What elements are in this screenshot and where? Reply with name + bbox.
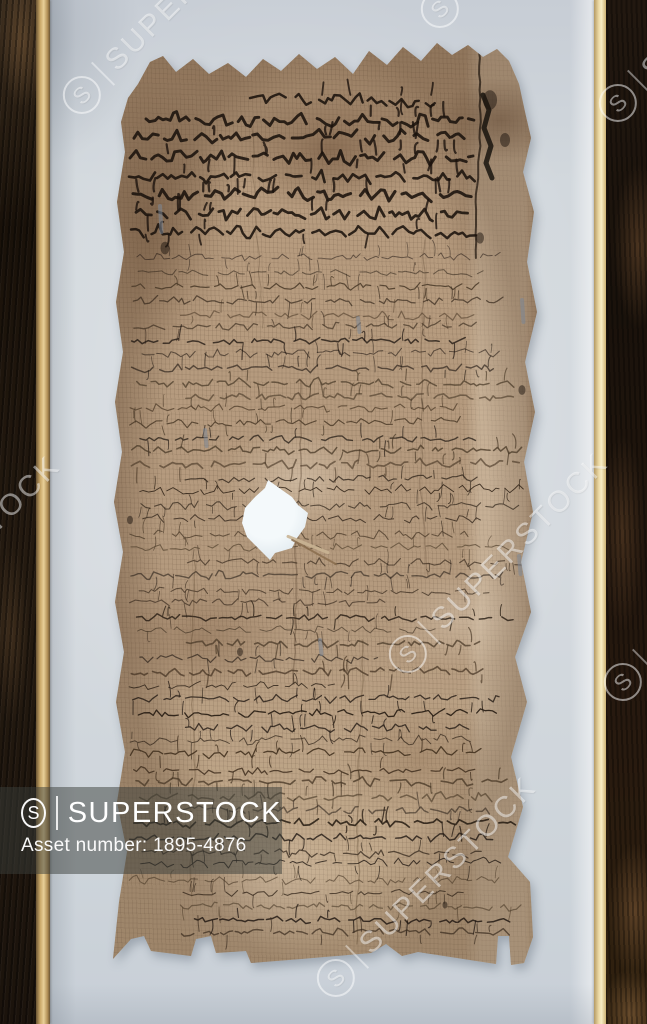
logo-row: S SUPERSTOCK (21, 796, 282, 830)
logo-divider (56, 796, 58, 830)
superstock-s-logo-icon: S (21, 798, 46, 828)
stock-photo-framed-papyrus: SSUPERSTOCKSSUPERSTOCKSSUPERSTOCKSSUPERS… (0, 0, 647, 1024)
logo-brand-text: SUPERSTOCK (68, 799, 282, 828)
asset-number-text: Asset number: 1895-4876 (21, 835, 282, 857)
superstock-logo-bar: S SUPERSTOCK Asset number: 1895-4876 (0, 787, 282, 874)
logo-monogram: S (28, 804, 40, 822)
